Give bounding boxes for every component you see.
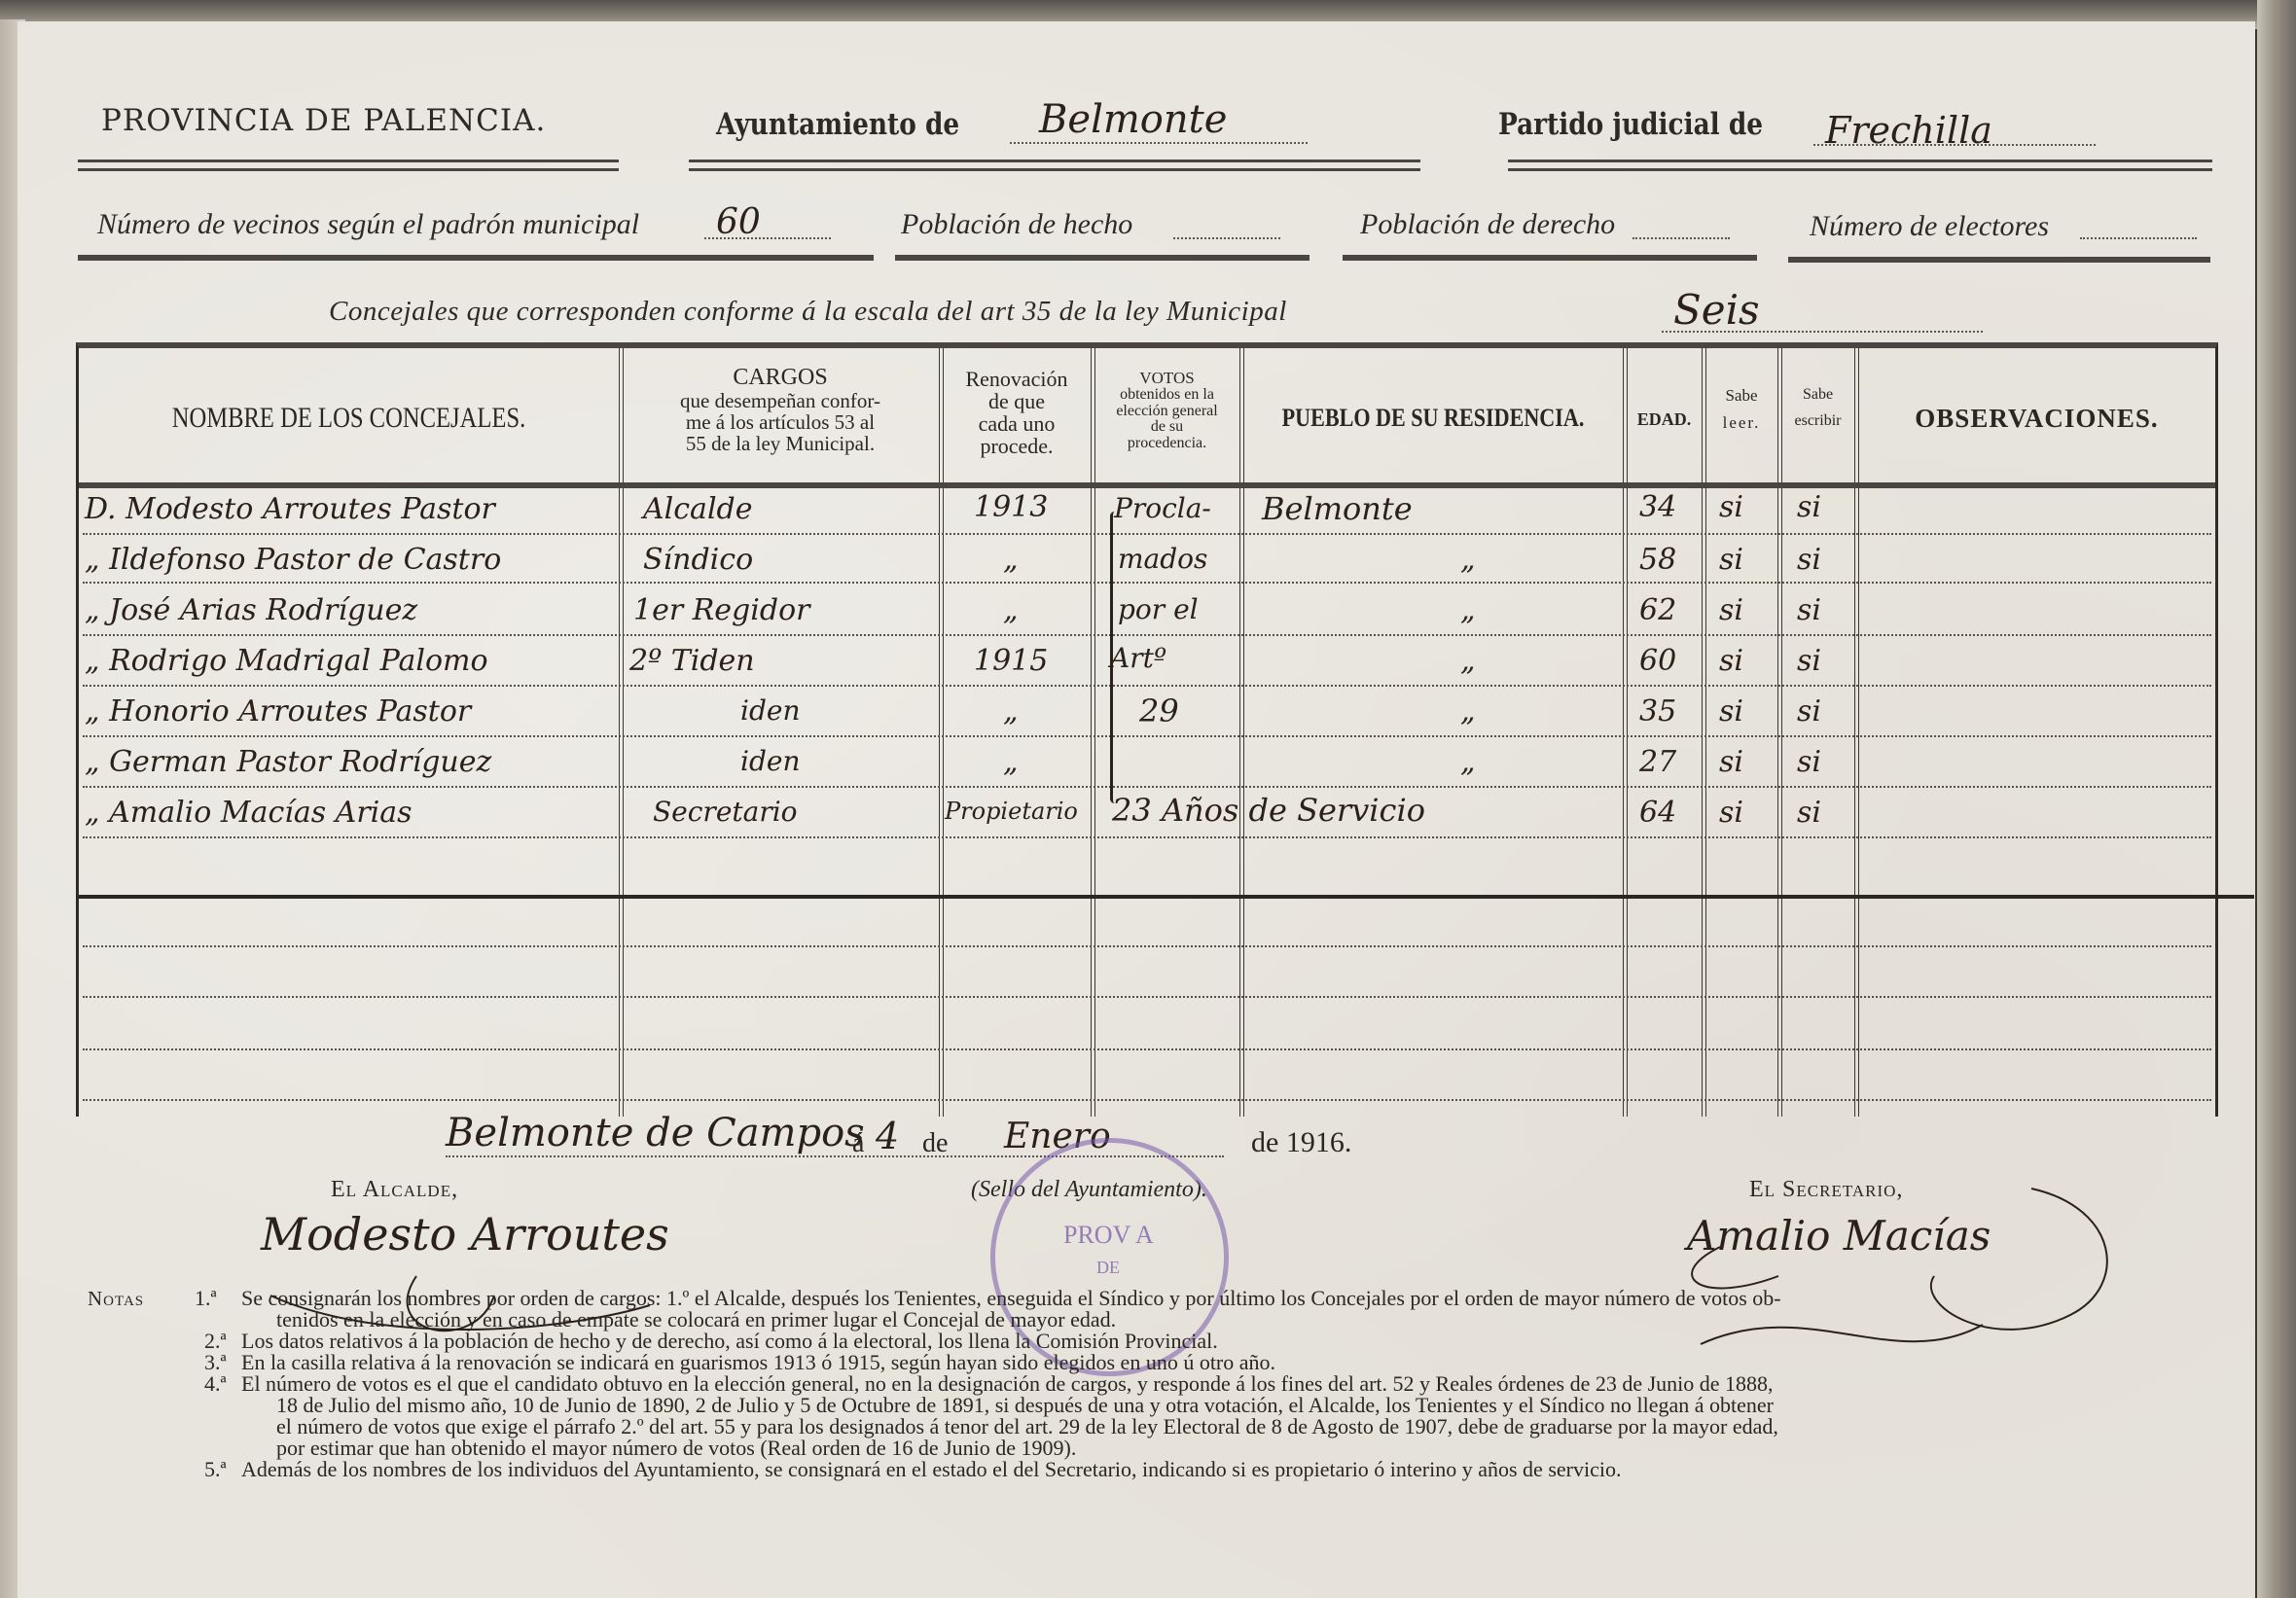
poblacion-hecho-label: Población de hecho — [901, 208, 1132, 241]
note4-line: el número de votos que exige el párrafo … — [276, 1416, 1778, 1438]
row-line — [83, 735, 2211, 737]
poblacion-hecho-rule — [895, 255, 1309, 261]
row4-leer[interactable]: si — [1719, 644, 1743, 678]
electores-dots — [2080, 237, 2197, 239]
votos-brace — [1110, 512, 1119, 803]
header-leer-line: Sabe — [1705, 387, 1777, 405]
electores-rule — [1788, 257, 2210, 263]
header-escribir-line: escribir — [1781, 413, 1854, 430]
note2-num: 2.ª — [204, 1331, 227, 1352]
row7-nombre[interactable]: „ Amalio Macías Arias — [85, 796, 413, 830]
col-divider — [1854, 348, 1859, 1117]
col-divider — [1091, 348, 1095, 1117]
partido-rule — [1508, 160, 2212, 171]
date-de-label: de — [922, 1128, 948, 1159]
header-votos-line: procedencia. — [1094, 436, 1239, 452]
header-edad: EDAD. — [1627, 410, 1702, 429]
row2-pueblo[interactable]: „ — [1460, 543, 1476, 577]
concejales-value[interactable]: Seis — [1673, 286, 1760, 334]
note5-num: 5.ª — [204, 1459, 227, 1480]
empty-row-line — [83, 945, 2211, 947]
poblacion-derecho-label: Población de derecho — [1360, 208, 1615, 241]
row4-escribir[interactable]: si — [1797, 644, 1821, 678]
header-observaciones: OBSERVACIONES. — [1858, 405, 2215, 432]
header-renovacion-line: cada uno — [943, 412, 1091, 435]
poblacion-derecho-rule — [1343, 255, 1757, 261]
col-divider — [1623, 348, 1628, 1117]
day-value[interactable]: 4 — [876, 1115, 899, 1157]
col-divider — [1239, 348, 1244, 1117]
note4-num: 4.ª — [204, 1373, 227, 1395]
row1-nombre[interactable]: D. Modesto Arroutes Pastor — [85, 492, 495, 526]
empty-row-line — [83, 1048, 2211, 1050]
row4-edad[interactable]: 60 — [1639, 644, 1676, 678]
row6-edad[interactable]: 27 — [1639, 745, 1676, 779]
row2-renovacion[interactable]: „ — [1003, 543, 1019, 577]
poblacion-derecho-dots — [1632, 237, 1730, 239]
header-cargos-title: CARGOS — [622, 366, 939, 390]
row1-pueblo[interactable]: Belmonte — [1262, 490, 1413, 527]
note1-line: tenidos en la elección y en caso de empa… — [276, 1309, 1116, 1331]
filled-rows-separator — [79, 895, 2254, 899]
ayuntamiento-value[interactable]: Belmonte — [1039, 97, 1227, 142]
date-a-label: á — [852, 1128, 864, 1159]
row6-pueblo[interactable]: „ — [1460, 745, 1476, 779]
row2-votos[interactable]: mados — [1118, 543, 1207, 575]
row3-nombre[interactable]: „ José Arias Rodríguez — [85, 593, 417, 627]
header-renovacion-line: procede. — [943, 435, 1091, 457]
row2-nombre[interactable]: „ Ildefonso Pastor de Castro — [85, 543, 501, 577]
col-divider — [1702, 348, 1706, 1117]
header-votos: VOTOS obtenidos en la elección general d… — [1094, 370, 1239, 452]
stamp-text-mid2: DE — [1096, 1258, 1120, 1278]
row1-escribir[interactable]: si — [1797, 490, 1821, 524]
row3-cargo[interactable]: 1er Regidor — [633, 593, 809, 627]
header-renovacion-line: de que — [943, 390, 1091, 412]
row5-pueblo[interactable]: „ — [1460, 694, 1476, 728]
header-cargos: CARGOS que desempeñan confor- me á los a… — [622, 366, 939, 454]
row3-votos[interactable]: por el — [1118, 593, 1199, 625]
row1-edad[interactable]: 34 — [1639, 490, 1676, 524]
header-leer-line: leer. — [1705, 414, 1777, 432]
electores-label: Número de electores — [1810, 210, 2049, 243]
document-page: PROVINCIA DE PALENCIA. Ayuntamiento de B… — [18, 21, 2255, 1598]
councillors-table: NOMBRE DE LOS CONCEJALES. CARGOS que des… — [76, 342, 2218, 1117]
place-value[interactable]: Belmonte de Campos — [446, 1111, 865, 1155]
row1-votos[interactable]: Procla- — [1114, 492, 1211, 524]
header-votos-line: obtenidos en la — [1094, 387, 1239, 404]
note1-line: Se consignarán los nombres por orden de … — [241, 1288, 1781, 1309]
row1-renovacion[interactable]: 1913 — [974, 490, 1048, 524]
row7-escribir[interactable]: si — [1797, 796, 1821, 830]
ayuntamiento-label: Ayuntamiento de — [716, 107, 959, 142]
header-votos-line: elección general — [1094, 404, 1239, 420]
row-line — [83, 685, 2211, 687]
row5-cargo[interactable]: iden — [740, 694, 800, 727]
note4-line: El número de votos es el que el candidat… — [241, 1373, 1774, 1395]
book-right-edge — [2257, 0, 2296, 1598]
note4-line: 18 de Julio del mismo año, 10 de Junio d… — [276, 1395, 1774, 1416]
row5-edad[interactable]: 35 — [1639, 694, 1676, 728]
secretario-flourish-icon — [1662, 1169, 2168, 1364]
row5-renovacion[interactable]: „ — [1003, 694, 1019, 728]
alcalde-label: El Alcalde, — [331, 1177, 458, 1203]
row5-nombre[interactable]: „ Honorio Arroutes Pastor — [85, 694, 471, 728]
header-escribir-line: Sabe — [1781, 387, 1854, 404]
row3-leer[interactable]: si — [1719, 593, 1743, 627]
year-label: de 1916. — [1251, 1126, 1351, 1159]
row6-renovacion[interactable]: „ — [1003, 745, 1019, 779]
stamp-text-mid1: PROV A — [1063, 1221, 1154, 1250]
header-sabe-escribir: Sabe escribir — [1781, 387, 1854, 430]
header-nombre: NOMBRE DE LOS CONCEJALES. — [127, 403, 570, 434]
header-votos-title: VOTOS — [1094, 370, 1239, 387]
row3-escribir[interactable]: si — [1797, 593, 1821, 627]
note4-line: por estimar que han obtenido el mayor nú… — [276, 1438, 1076, 1459]
empty-row-line — [83, 996, 2211, 998]
note2-line: Los datos relativos á la población de he… — [241, 1331, 1218, 1352]
note3-line: En la casilla relativa á la renovación s… — [241, 1352, 1275, 1373]
row2-cargo[interactable]: Síndico — [643, 543, 753, 577]
concejales-label: Concejales que corresponden conforme á l… — [329, 296, 1287, 328]
row-line — [83, 582, 2211, 584]
note1-num: 1.ª — [195, 1288, 217, 1309]
header-renovacion: Renovación de que cada uno procede. — [943, 368, 1091, 457]
row-line — [83, 533, 2211, 535]
vecinos-value[interactable]: 60 — [716, 202, 761, 242]
col-divider — [939, 348, 944, 1117]
row4-cargo[interactable]: 2º Tiden — [629, 644, 755, 678]
col-divider — [619, 348, 624, 1117]
partido-value[interactable]: Frechilla — [1825, 109, 1992, 152]
row6-escribir[interactable]: si — [1797, 745, 1821, 779]
row3-renovacion[interactable]: „ — [1003, 593, 1019, 627]
row7-cargo[interactable]: Secretario — [653, 796, 798, 828]
vecinos-label: Número de vecinos según el padrón munici… — [97, 208, 639, 241]
province-rule — [78, 160, 619, 171]
header-cargos-line: me á los artículos 53 al — [622, 411, 939, 433]
row4-pueblo[interactable]: „ — [1460, 644, 1476, 678]
ayuntamiento-rule — [689, 160, 1420, 171]
row1-cargo[interactable]: Alcalde — [643, 492, 753, 526]
row1-leer[interactable]: si — [1719, 490, 1743, 524]
row7-leer[interactable]: si — [1719, 796, 1743, 830]
row6-leer[interactable]: si — [1719, 745, 1743, 779]
empty-row-line — [83, 1099, 2211, 1101]
poblacion-hecho-dots — [1173, 237, 1280, 239]
row5-votos[interactable]: 29 — [1139, 692, 1179, 729]
row-line — [83, 836, 2211, 838]
row5-leer[interactable]: si — [1719, 694, 1743, 728]
ayuntamiento-dots — [1010, 142, 1308, 144]
row-line — [83, 786, 2211, 788]
header-votos-line: de su — [1094, 419, 1239, 436]
header-cargos-line: 55 de la ley Municipal. — [622, 433, 939, 454]
row4-nombre[interactable]: „ Rodrigo Madrigal Palomo — [85, 644, 488, 678]
row3-pueblo[interactable]: „ — [1460, 593, 1476, 627]
note5-line: Además de los nombres de los individuos … — [241, 1459, 1621, 1480]
row2-edad[interactable]: 58 — [1639, 543, 1676, 577]
row7-renovacion[interactable]: Propietario — [945, 798, 1078, 825]
province-title: PROVINCIA DE PALENCIA. — [101, 103, 546, 138]
notes-label: Notas — [88, 1288, 144, 1309]
row-line — [83, 634, 2211, 636]
row7-edad[interactable]: 64 — [1639, 796, 1676, 830]
note3-num: 3.ª — [204, 1352, 227, 1373]
header-rule — [79, 482, 2215, 488]
row4-renovacion[interactable]: 1915 — [974, 644, 1048, 678]
header-sabe-leer: Sabe leer. — [1705, 387, 1777, 432]
row7-votos[interactable]: 23 Años de Servicio — [1112, 792, 1425, 829]
row2-leer[interactable]: si — [1719, 543, 1743, 577]
row5-escribir[interactable]: si — [1797, 694, 1821, 728]
row6-nombre[interactable]: „ German Pastor Rodríguez — [85, 745, 491, 779]
partido-label: Partido judicial de — [1498, 107, 1763, 142]
row3-edad[interactable]: 62 — [1639, 593, 1676, 627]
row2-escribir[interactable]: si — [1797, 543, 1821, 577]
row6-cargo[interactable]: iden — [740, 745, 800, 777]
vecinos-rule — [78, 255, 874, 261]
col-divider — [1777, 348, 1782, 1117]
header-pueblo: PUEBLO DE SU RESIDENCIA. — [1272, 405, 1595, 431]
header-renovacion-line: Renovación — [943, 368, 1091, 390]
header-cargos-line: que desempeñan confor- — [622, 390, 939, 411]
